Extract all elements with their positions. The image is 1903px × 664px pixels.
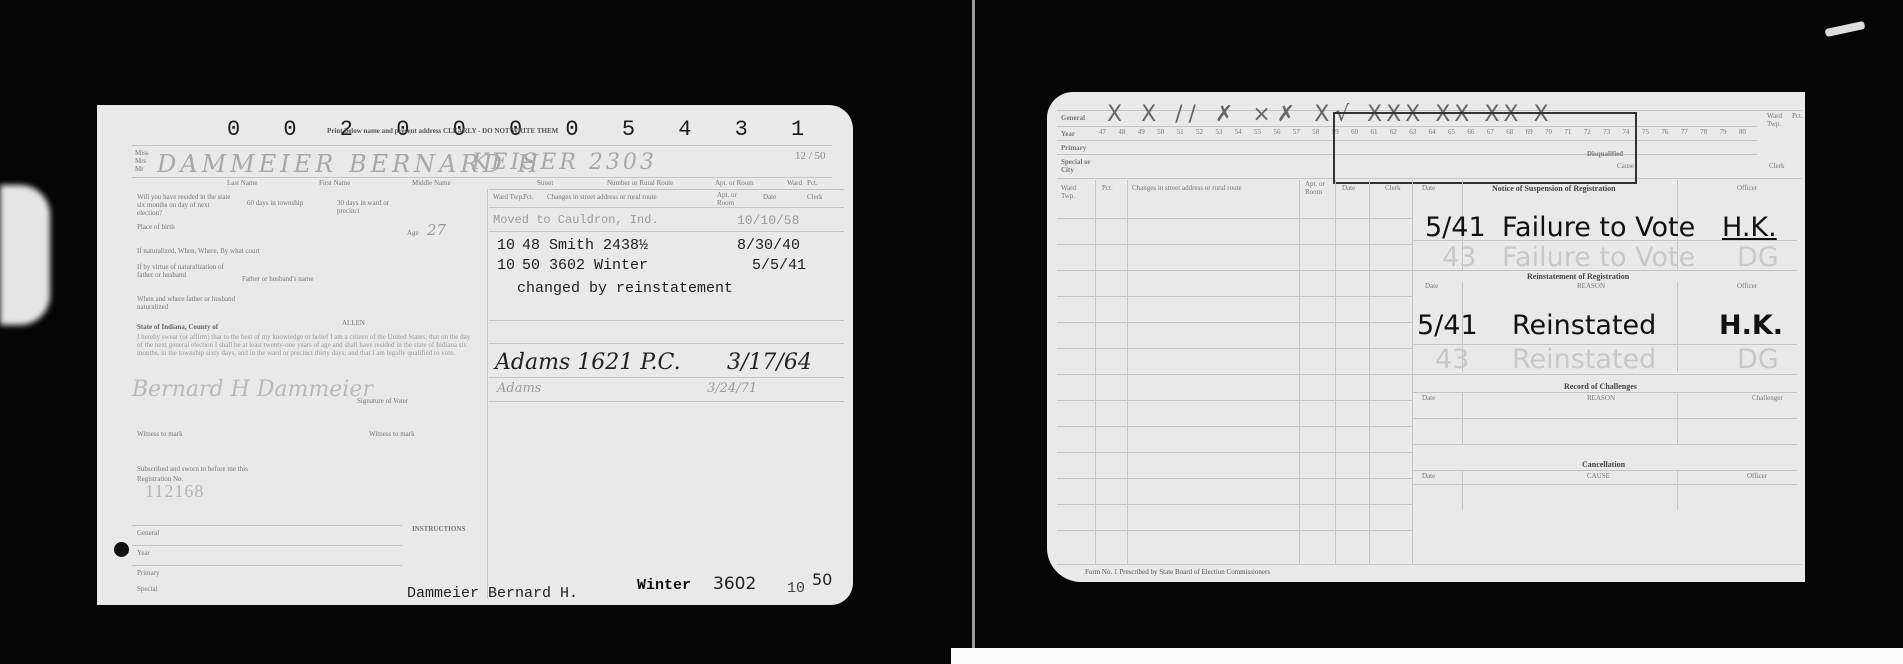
cancellation-header-date: Date <box>1422 472 1435 480</box>
footer-ward: 10 <box>787 580 805 597</box>
challenges-header-challenger: Challenger <box>1752 394 1783 402</box>
label-signature: Signature of Voter <box>357 397 408 405</box>
grid-label-general: General <box>1061 114 1085 122</box>
label-subscribed: Subscribed and sworn to before me this <box>137 465 248 473</box>
header-ward: Ward Twp. <box>1061 184 1086 200</box>
scan-edge-strip <box>951 648 1903 664</box>
grid-label-general: General <box>137 529 159 537</box>
address-change-row: Adams 1621 P.C. <box>495 350 681 375</box>
punch-hole <box>114 542 129 557</box>
salutation-labels: Miss Mrs Mr <box>135 149 149 173</box>
oath-heading: State of Indiana, County of <box>137 323 218 331</box>
grid-label-primary: Primary <box>1061 144 1086 152</box>
header-clerk: Clerk <box>1385 184 1401 192</box>
header-pct: Pct. <box>1102 184 1113 192</box>
grid-label-special: Special or City <box>1061 158 1091 174</box>
print-instruction: Print below name and present address CLE… <box>327 127 558 135</box>
suspension-officer: H.K. <box>1722 212 1777 243</box>
street-handwritten: KEISER 2303 <box>472 150 657 175</box>
label-street: Street <box>537 179 553 187</box>
address-change-date: 3/17/64 <box>727 350 812 375</box>
ward-precinct-handwritten: 12 / 50 <box>795 150 826 162</box>
registration-card-front: 0 0 2 0 0 0 0 5 4 3 1 Print below name a… <box>97 105 853 605</box>
suspension-reason: Failure to Vote <box>1502 212 1695 243</box>
registration-number: 112168 <box>145 481 204 502</box>
label-pct: Pct. <box>807 179 818 187</box>
grid-label-special: Special <box>137 585 158 593</box>
label-apt: Apt. or Room <box>715 179 754 187</box>
grid-label-year: Year <box>137 549 150 557</box>
label-clerk: Clerk <box>1769 162 1785 170</box>
label-naturalized: If naturalized, When, Where, By what cou… <box>137 247 477 255</box>
oath-county: ALLEN <box>342 319 365 327</box>
label-witness-2: Witness to mark <box>369 430 415 438</box>
label-witness-1: Witness to mark <box>137 430 183 438</box>
footer-number: 3602 <box>713 574 756 594</box>
footer-precinct: 50 <box>812 570 832 589</box>
label-disqualified: Disqualified <box>1587 150 1623 158</box>
film-glare <box>0 185 50 325</box>
address-change-row: Adams <box>497 381 541 396</box>
registration-card-back: General Year Primary Special or City 47 … <box>1047 92 1805 582</box>
grid-label-primary: Primary <box>137 569 160 577</box>
label-age: Age <box>407 229 419 237</box>
film-speck <box>1825 21 1866 37</box>
age-value: 27 <box>427 221 446 239</box>
suspension-reason: Failure to Vote <box>1502 242 1695 273</box>
label-ward: Ward <box>787 179 802 187</box>
footer-street: Winter <box>637 577 691 594</box>
residence-question-state: Will you have resided in the state six m… <box>137 193 232 217</box>
challenges-title: Record of Challenges <box>1564 382 1637 391</box>
header-date: Date <box>1342 184 1355 192</box>
label-place-of-birth: Place of birth <box>137 223 175 231</box>
voter-signature: Bernard H Dammeier <box>132 377 373 402</box>
reinstatement-date: 43 <box>1435 344 1469 375</box>
label-first-name: First Name <box>319 179 350 187</box>
label-father-husband-name: Father or husband's name <box>242 275 313 283</box>
reinstatement-officer: DG <box>1737 344 1779 375</box>
suspension-header-date: Date <box>1422 184 1435 192</box>
frame-divider <box>972 0 975 664</box>
label-number: Number or Rural Route <box>607 179 673 187</box>
suspension-header-officer: Officer <box>1737 184 1757 192</box>
suspension-date: 5/41 <box>1425 212 1486 243</box>
address-change-date: 3/24/71 <box>707 381 757 396</box>
vote-marks: X X // ✗ ×✗ X√ <box>1107 102 1355 127</box>
grid-label-year: Year <box>1061 130 1075 138</box>
oath-text: I hereby swear (or affirm) that to the b… <box>137 333 477 357</box>
header-pct: Pct. <box>523 193 534 201</box>
label-middle-name: Middle Name <box>412 179 451 187</box>
reinstatement-title: Reinstatement of Registration <box>1527 272 1629 281</box>
label-pct: Pct. <box>1792 112 1803 120</box>
residence-question-township: 60 days in township <box>247 199 317 207</box>
reinstatement-date: 5/41 <box>1417 310 1478 341</box>
header-apt: Apt. or Room <box>717 191 737 207</box>
reinstatement-header-date: Date <box>1425 282 1438 290</box>
cancellation-title: Cancellation <box>1582 460 1625 469</box>
marked-box <box>1333 112 1637 184</box>
reinstatement-header-officer: Officer <box>1737 282 1757 290</box>
header-date: Date <box>763 193 776 201</box>
instructions-heading: INSTRUCTIONS <box>412 525 465 533</box>
suspension-title: Notice of Suspension of Registration <box>1492 184 1616 193</box>
header-changes: Changes in street address or rural route <box>1132 184 1242 192</box>
header-changes: Changes in street address or rural route <box>547 193 657 201</box>
label-ward: Ward Twp. <box>1767 112 1789 128</box>
challenges-header-date: Date <box>1422 394 1435 402</box>
suspension-date: 43 <box>1442 242 1476 273</box>
label-last-name: Last Name <box>227 179 258 187</box>
label-cause: Cause <box>1617 162 1634 170</box>
header-ward: Ward Twp. <box>493 193 524 201</box>
residence-question-ward: 30 days in ward or precinct <box>337 199 407 215</box>
reinstatement-officer: H.K. <box>1719 310 1783 341</box>
footer-name: Dammeier Bernard H. <box>407 585 578 602</box>
label-when-naturalized: When and where father or husband natural… <box>137 295 247 311</box>
cancellation-header-officer: Officer <box>1747 472 1767 480</box>
reinstatement-header-reason: REASON <box>1577 282 1605 290</box>
header-apt: Apt. or Room <box>1305 180 1327 196</box>
reinstatement-reason: Reinstated <box>1512 344 1656 375</box>
label-naturalization-parent: If by virtue of naturalization of father… <box>137 263 227 279</box>
cancellation-header-cause: CAUSE <box>1587 472 1610 480</box>
reinstatement-reason: Reinstated <box>1512 310 1656 341</box>
form-note: Form No. 1 Prescribed by State Board of … <box>1085 568 1270 576</box>
suspension-officer: DG <box>1737 242 1779 273</box>
header-clerk: Clerk <box>807 193 823 201</box>
challenges-header-reason: REASON <box>1587 394 1615 402</box>
